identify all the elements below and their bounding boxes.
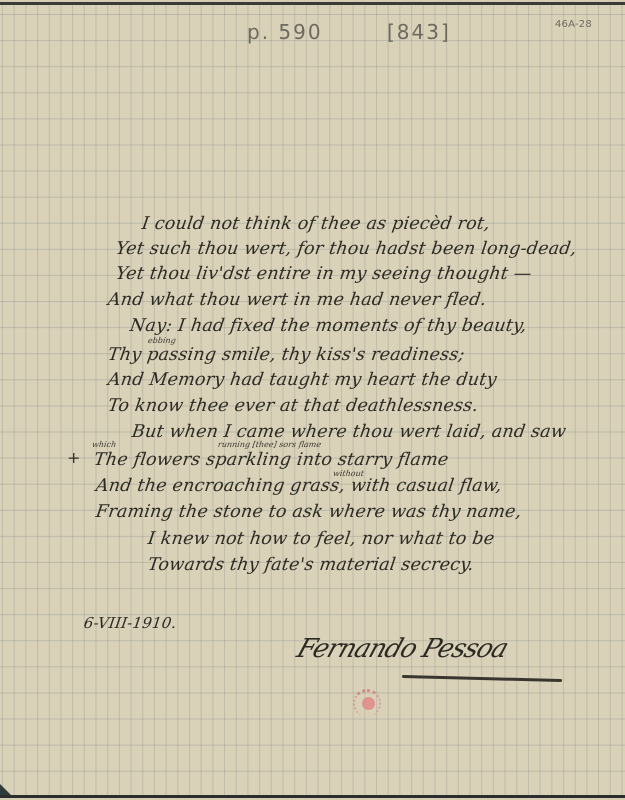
poem-line: Thy passing smile, thy kiss's readiness; xyxy=(107,345,466,365)
poem-line: Towards thy fate's material secrecy. xyxy=(147,555,476,575)
poem-line: Nay: I had fixed the moments of thy beau… xyxy=(129,316,528,336)
insertion-running: running [thee] sors flame xyxy=(217,440,321,449)
poem-line: And Memory had taught my heart the duty xyxy=(107,370,498,390)
poem-line: Yet thou liv'dst entire in my seeing tho… xyxy=(115,264,533,284)
scan-top-edge xyxy=(0,2,625,5)
manuscript-page: p. 590 [843] 46A-28 I could not think of… xyxy=(0,2,625,798)
scan-bottom-edge xyxy=(0,795,625,798)
poem-line: I knew not how to feel, nor what to be xyxy=(147,529,496,549)
library-stamp xyxy=(353,689,381,717)
insertion-ebbing: ebbing xyxy=(147,336,176,345)
signature: Fernando Pessoa xyxy=(293,634,511,664)
poem-line: Yet such thou wert, for thou hadst been … xyxy=(115,239,578,259)
signature-underline xyxy=(402,675,562,682)
poem-line: I could not think of thee as piecèd rot, xyxy=(141,214,492,234)
poem-line: The flowers sparkling into starry flame xyxy=(93,450,450,470)
insertion-which: which xyxy=(91,440,116,449)
poem-line: To know thee ever at that deathlessness. xyxy=(107,396,480,416)
poem-line: But when I came where thou wert laid, an… xyxy=(131,422,568,442)
bracket-reference: [843] xyxy=(387,20,451,44)
poem-line: And the encroaching grass, with casual f… xyxy=(95,476,504,496)
margin-mark: + xyxy=(67,448,81,467)
date: 6-VIII-1910. xyxy=(83,614,178,632)
archive-code: 46A-28 xyxy=(555,19,592,30)
stamp-seal xyxy=(362,697,375,710)
poem-line: And what thou wert in me had never fled. xyxy=(107,290,488,310)
page-reference: p. 590 xyxy=(247,20,323,44)
poem-line: Framing the stone to ask where was thy n… xyxy=(95,502,523,522)
